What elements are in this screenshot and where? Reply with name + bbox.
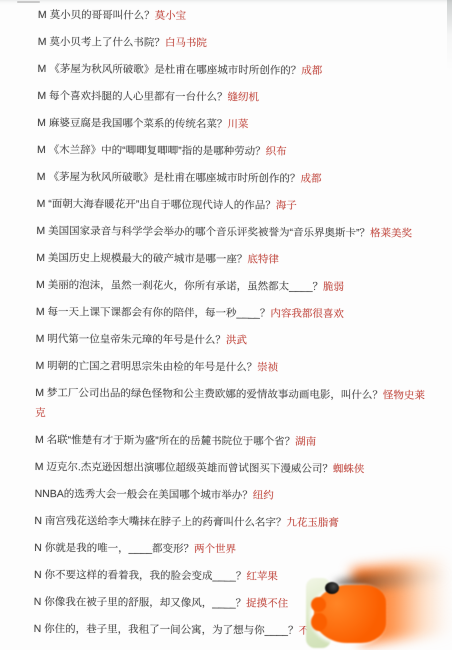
answer-text: 成都	[301, 65, 322, 77]
answer-text: 缝纫机	[227, 91, 259, 103]
question-text: M 每个喜欢抖腿的人心里都有一台什么？	[37, 90, 227, 103]
quiz-item: M 每一天上课下课都会有你的陪伴，每一秒____？内容我都很喜欢	[36, 302, 427, 325]
quiz-item: NNBA的选秀大会一般会在美国哪个城市举办？纽约	[35, 484, 426, 507]
photo-artifact-line	[17, 1, 40, 3]
answer-text: 脆弱	[323, 281, 344, 293]
quiz-item: M 明朝的亡国之君明思宗朱由检的年号是什么？崇祯	[35, 356, 426, 379]
quiz-item: M 美国历史上规模最大的破产城市是哪一座？底特律	[36, 248, 427, 271]
question-text: N 南宫残花送给李大嘴抹在脖子上的药膏叫什么名字？	[34, 515, 286, 529]
question-text: NNBA的选秀大会一般会在美国哪个城市举办？	[35, 488, 253, 502]
answer-text: 红苹果	[246, 570, 278, 582]
question-text: N 你住的，巷子里，我租了一间公寓，为了想与你____？	[34, 623, 299, 637]
quiz-item: M 莫小贝的哥哥叫什么？莫小宝	[38, 5, 429, 28]
answer-text: 湖南	[295, 436, 316, 448]
quiz-item: M 《茅屋为秋风所破歌》是杜甫在哪座城市时所创作的？成都	[37, 59, 428, 82]
quiz-item: M 麻婆豆腐是我国哪个菜系的传统名菜？川菜	[37, 113, 428, 136]
answer-text: 织布	[266, 146, 287, 158]
answer-text: 九花玉脂膏	[286, 517, 339, 529]
answer-text: 蜘蛛侠	[333, 463, 365, 475]
question-text: M 美国国家录音与科学学会举办的哪个音乐评奖被誉为“音乐界奥斯卡”？	[36, 225, 370, 239]
mascot-body	[314, 585, 386, 643]
photo-right-edge-artifact	[447, 0, 452, 70]
answer-text: 捉摸不住	[246, 597, 288, 609]
question-text: M 莫小贝考上了什么书院？	[38, 36, 165, 49]
quiz-item: M 名联“惟楚有才于斯为盛”所在的岳麓书院位于哪个省？湖南	[35, 430, 426, 453]
quiz-item: M 《木兰辞》中的“唧唧复唧唧”指的是哪种劳动？织布	[37, 140, 428, 163]
quiz-answer-page: M 莫小贝的哥哥叫什么？莫小宝 M 莫小贝考上了什么书院？白马书院 M 《茅屋为…	[0, 0, 452, 650]
question-text: M 梦工厂公司出品的绿色怪物和公主费欧娜的爱情故事动画电影，叫什么？	[35, 387, 383, 401]
quiz-item: N 南宫残花送给李大嘴抹在脖子上的药膏叫什么名字？九花玉脂膏	[34, 511, 425, 534]
question-text: M 莫小贝的哥哥叫什么？	[38, 9, 155, 22]
quiz-list: M 莫小贝的哥哥叫什么？莫小宝 M 莫小贝考上了什么书院？白马书院 M 《茅屋为…	[34, 5, 429, 649]
question-text: M 《茅屋为秋风所破歌》是杜甫在哪座城市时所创作的？	[37, 171, 301, 185]
answer-text: 海子	[276, 200, 297, 212]
quiz-item: M 美国国家录音与科学学会举办的哪个音乐评奖被誉为“音乐界奥斯卡”？格莱美奖	[36, 221, 427, 244]
answer-text: 纽约	[253, 490, 274, 502]
question-text: M 迈克尔.杰克逊因想出演哪位超级英雄而曾试图买下漫威公司？	[35, 461, 333, 475]
quiz-item: M 梦工厂公司出品的绿色怪物和公主费欧娜的爱情故事动画电影，叫什么？怪物史莱克	[35, 383, 426, 426]
question-text: M 名联“惟楚有才于斯为盛”所在的岳麓书院位于哪个省？	[35, 434, 295, 448]
answer-text: 格莱美奖	[370, 227, 412, 239]
answer-text: 白马书院	[165, 37, 207, 49]
question-text: M “面朝大海春暖花开”出自于哪位现代诗人的作品？	[37, 198, 276, 212]
question-text: M 麻婆豆腐是我国哪个菜系的传统名菜？	[37, 117, 227, 130]
quiz-item: M 迈克尔.杰克逊因想出演哪位超级英雄而曾试图买下漫威公司？蜘蛛侠	[35, 457, 426, 480]
question-text: M 明朝的亡国之君明思宗朱由检的年号是什么？	[35, 360, 257, 374]
question-text: N 你像我在被子里的舒服，却又像风，____？	[34, 596, 246, 609]
quiz-item: M 美丽的泡沫，虽然一刹花火，你所有承诺，虽然都太____？脆弱	[36, 275, 427, 298]
question-text: M 《木兰辞》中的“唧唧复唧唧”指的是哪种劳动？	[37, 144, 266, 158]
quiz-item: M “面朝大海春暖花开”出自于哪位现代诗人的作品？海子	[37, 194, 428, 217]
question-text: M 明代第一位皇帝朱元璋的年号是什么？	[36, 333, 226, 346]
quiz-item: M 明代第一位皇帝朱元璋的年号是什么？洪武	[36, 329, 427, 352]
quiz-item: M 《茅屋为秋风所破歌》是杜甫在哪座城市时所创作的？成都	[37, 167, 428, 190]
mascot-mouth-bump	[311, 597, 326, 612]
answer-text: 成都	[300, 173, 321, 185]
answer-text: 崇祯	[257, 362, 278, 374]
mascot-eye-icon	[325, 582, 339, 594]
answer-text: 两个世界	[194, 543, 236, 555]
question-text: N 你不要这样的看着我，我的脸会变成____？	[34, 569, 246, 582]
answer-text: 内容我都很喜欢	[270, 308, 344, 321]
answer-text: 莫小宝	[155, 10, 187, 22]
mascot-mouth-bump	[311, 613, 327, 631]
answer-text: 川菜	[227, 118, 248, 130]
quiz-item: M 莫小贝考上了什么书院？白马书院	[38, 32, 429, 55]
orange-mascot-sticker	[298, 555, 452, 650]
question-text: M 每一天上课下课都会有你的陪伴，每一秒____？	[36, 306, 271, 320]
question-text: M 美丽的泡沫，虽然一刹花火，你所有承诺，虽然都太____？	[36, 279, 323, 293]
quiz-item: M 每个喜欢抖腿的人心里都有一台什么？缝纫机	[37, 86, 428, 109]
question-text: M 《茅屋为秋风所破歌》是杜甫在哪座城市时所创作的？	[38, 63, 302, 77]
question-text: M 美国历史上规模最大的破产城市是哪一座？	[36, 252, 247, 265]
answer-text: 底特律	[247, 253, 279, 265]
question-text: N 你就是我的唯一，____都变形？	[34, 542, 194, 555]
answer-text: 洪武	[226, 334, 247, 346]
